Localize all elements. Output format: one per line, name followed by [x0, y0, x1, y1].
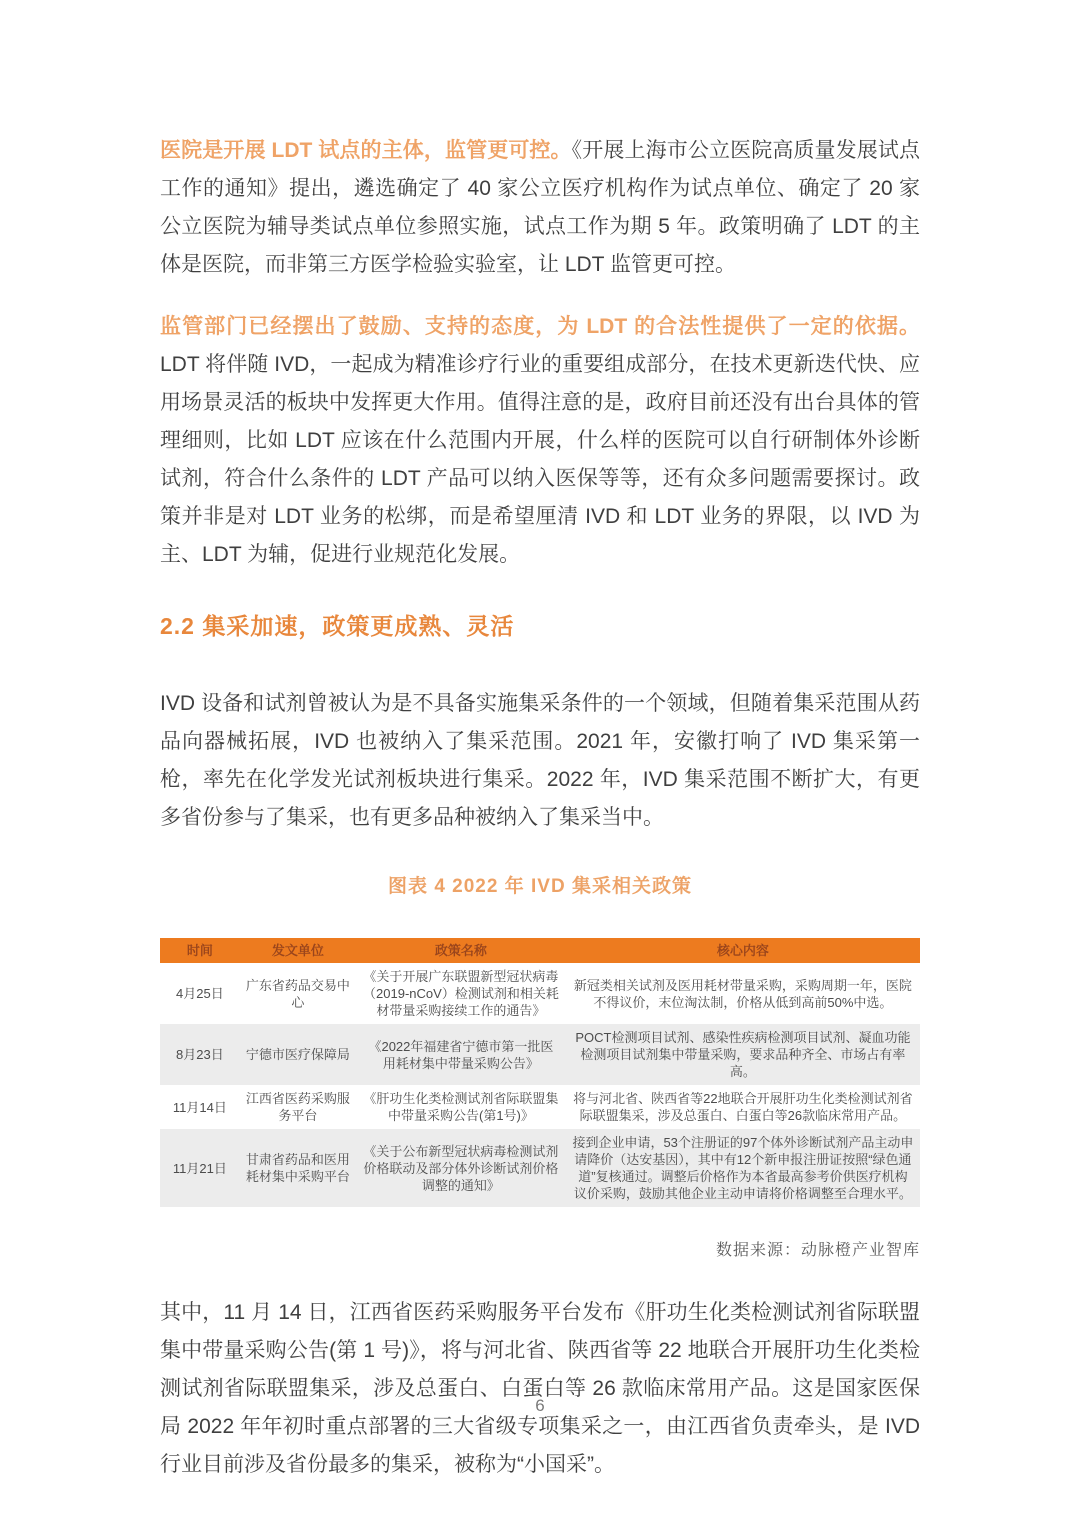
- column-header-agency: 发文单位: [240, 938, 356, 963]
- policy-table: 时间 发文单位 政策名称 核心内容 4月25日 广东省药品交易中心 《关于开展广…: [160, 938, 920, 1207]
- cell-agency: 甘肃省药品和医用耗材集中采购平台: [240, 1129, 356, 1207]
- page-content: 医院是开展 LDT 试点的主体，监管更可控。《开展上海市公立医院高质量发展试点工…: [160, 132, 920, 1508]
- cell-date: 8月23日: [160, 1024, 240, 1085]
- column-header-content: 核心内容: [566, 938, 920, 963]
- column-header-policy: 政策名称: [356, 938, 566, 963]
- paragraph-regulation-attitude: 监管部门已经摆出了鼓励、支持的态度，为 LDT 的合法性提供了一定的依据。LDT…: [160, 308, 920, 574]
- paragraph-ivd-procurement: IVD 设备和试剂曾被认为是不具备实施集采条件的一个领域，但随着集采范围从药品向…: [160, 685, 920, 837]
- paragraph-body-text: LDT 将伴随 IVD，一起成为精准诊疗行业的重要组成部分，在技术更新迭代快、应…: [160, 353, 920, 566]
- cell-content: 接到企业申请，53个注册证的97个体外诊断试剂产品主动申请降价（达安基因），其中…: [566, 1129, 920, 1207]
- cell-agency: 宁德市医疗保障局: [240, 1024, 356, 1085]
- cell-agency: 江西省医药采购服务平台: [240, 1085, 356, 1129]
- cell-policy: 《关于公布新型冠状病毒检测试剂价格联动及部分体外诊断试剂价格调整的通知》: [356, 1129, 566, 1207]
- cell-agency: 广东省药品交易中心: [240, 963, 356, 1024]
- cell-content: 将与河北省、陕西省等22地联合开展肝功生化类检测试剂省际联盟集采，涉及总蛋白、白…: [566, 1085, 920, 1129]
- cell-policy: 《关于开展广东联盟新型冠状病毒（2019-nCoV）检测试剂和相关耗材带量采购接…: [356, 963, 566, 1024]
- section-heading-2-2: 2.2 集采加速，政策更成熟、灵活: [160, 608, 920, 641]
- table-row: 11月14日 江西省医药采购服务平台 《肝功生化类检测试剂省际联盟集中带量采购公…: [160, 1085, 920, 1129]
- cell-policy: 《肝功生化类检测试剂省际联盟集中带量采购公告(第1号)》: [356, 1085, 566, 1129]
- table-row: 4月25日 广东省药品交易中心 《关于开展广东联盟新型冠状病毒（2019-nCo…: [160, 963, 920, 1024]
- table-row: 8月23日 宁德市医疗保障局 《2022年福建省宁德市第一批医用耗材集中带量采购…: [160, 1024, 920, 1085]
- paragraph-lead-highlight: 医院是开展 LDT 试点的主体，监管更可控。: [160, 139, 572, 162]
- column-header-date: 时间: [160, 938, 240, 963]
- cell-content: POCT检测项目试剂、感染性疾病检测项目试剂、凝血功能检测项目试剂集中带量采购，…: [566, 1024, 920, 1085]
- paragraph-closing: 其中，11 月 14 日，江西省医药采购服务平台发布《肝功生化类检测试剂省际联盟…: [160, 1294, 920, 1484]
- cell-content: 新冠类相关试剂及医用耗材带量采购，采购周期一年，医院不得议价，末位淘汰制，价格从…: [566, 963, 920, 1024]
- data-source-note: 数据来源：动脉橙产业智库: [160, 1237, 920, 1260]
- report-page: 医院是开展 LDT 试点的主体，监管更可控。《开展上海市公立医院高质量发展试点工…: [0, 0, 1080, 1527]
- paragraph-lead-highlight: 监管部门已经摆出了鼓励、支持的态度，为 LDT 的合法性提供了一定的依据。: [160, 315, 920, 338]
- table-header-row: 时间 发文单位 政策名称 核心内容: [160, 938, 920, 963]
- cell-date: 4月25日: [160, 963, 240, 1024]
- figure-title: 图表 4 2022 年 IVD 集采相关政策: [160, 871, 920, 898]
- cell-date: 11月21日: [160, 1129, 240, 1207]
- page-number: 6: [0, 1396, 1080, 1416]
- paragraph-ldt-pilot: 医院是开展 LDT 试点的主体，监管更可控。《开展上海市公立医院高质量发展试点工…: [160, 132, 920, 284]
- cell-policy: 《2022年福建省宁德市第一批医用耗材集中带量采购公告》: [356, 1024, 566, 1085]
- table-row: 11月21日 甘肃省药品和医用耗材集中采购平台 《关于公布新型冠状病毒检测试剂价…: [160, 1129, 920, 1207]
- cell-date: 11月14日: [160, 1085, 240, 1129]
